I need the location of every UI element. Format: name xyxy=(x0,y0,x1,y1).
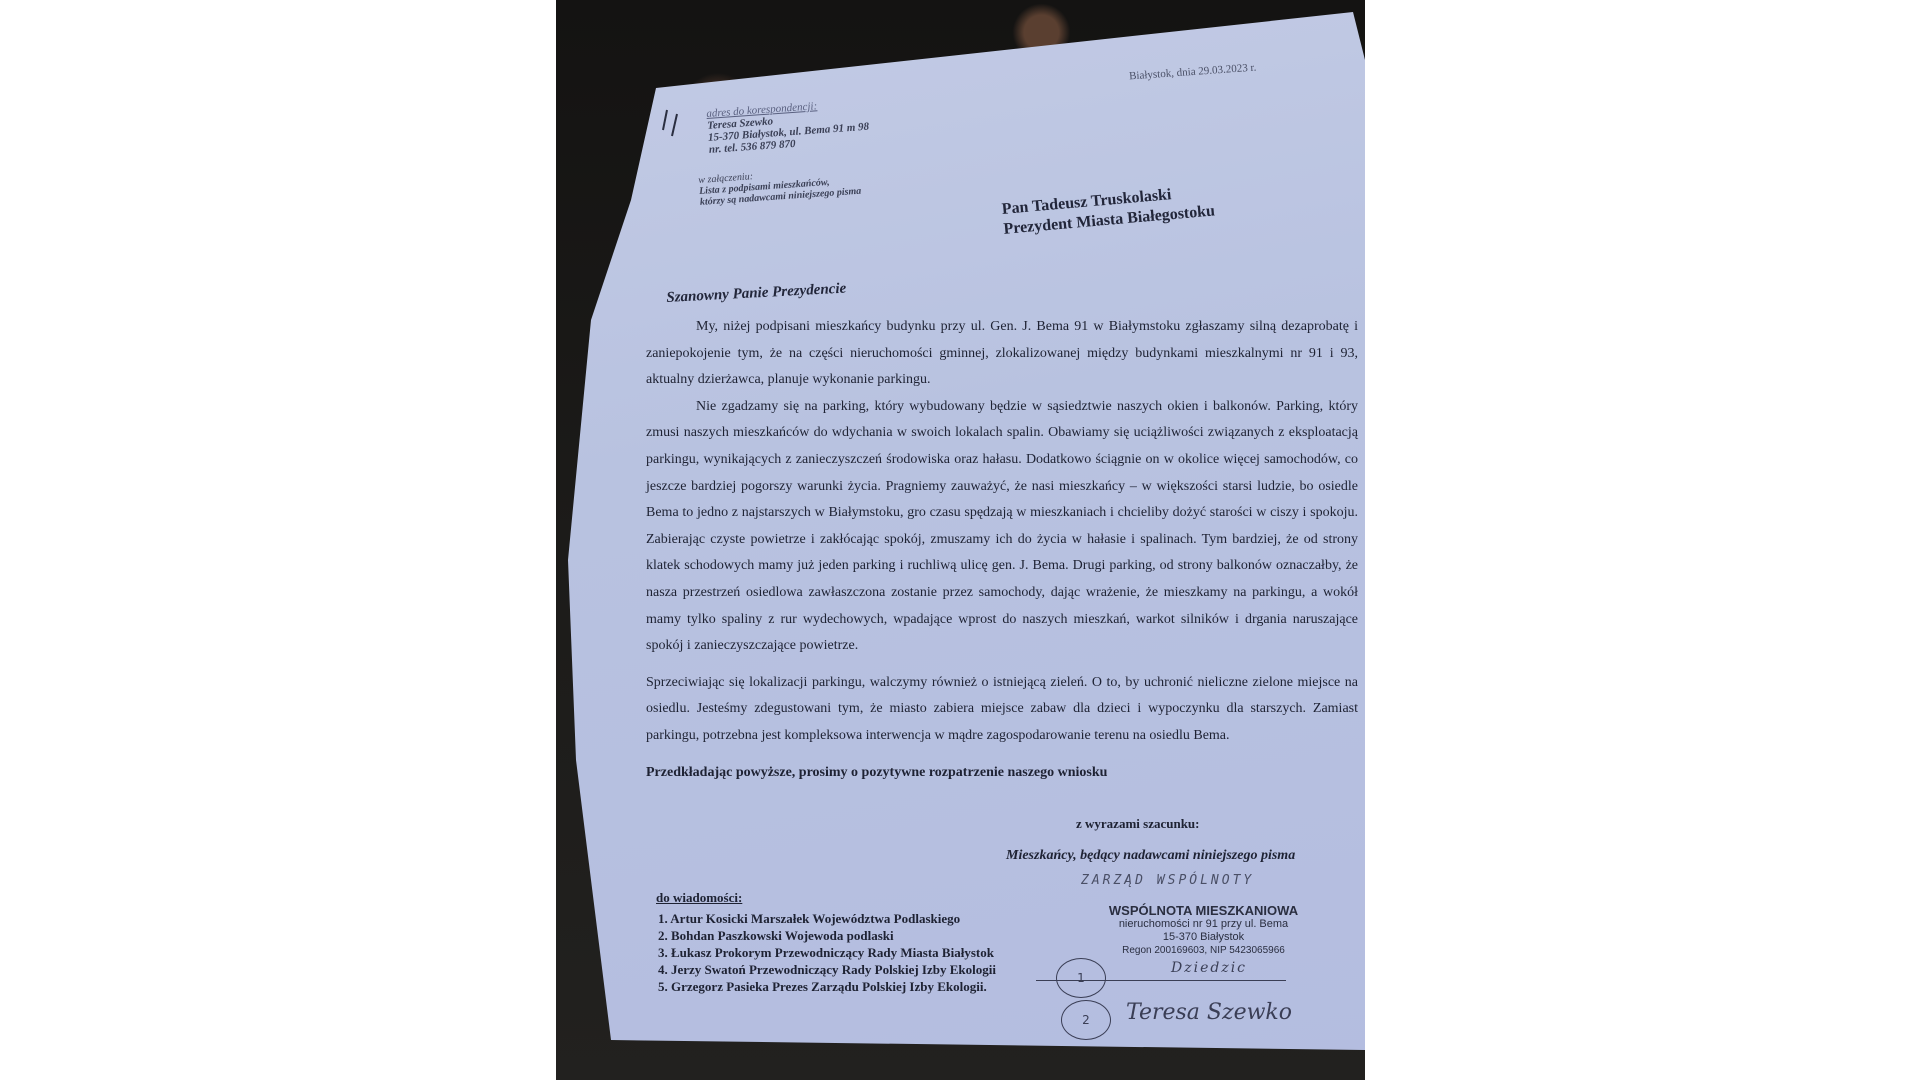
paragraph-1: My, niżej podpisani mieszkańcy budynku p… xyxy=(646,314,1358,394)
sender-address-block: adres do korespondencji: Teresa Szewko 1… xyxy=(706,97,870,156)
signature-number-circle: 2 xyxy=(1061,1000,1111,1040)
cc-item: 5. Grzegorz Pasieka Prezes Zarządu Polsk… xyxy=(658,978,996,995)
letter-body: My, niżej podpisani mieszkańcy budynku p… xyxy=(646,314,1358,786)
closing-line: z wyrazami szacunku: xyxy=(1076,816,1200,832)
paragraph-2: Nie zgadzamy się na parking, który wybud… xyxy=(646,394,1358,660)
letter-photo: Białystok, dnia 29.03.2023 r. adres do k… xyxy=(556,0,1365,1080)
handwritten-note: ZARZĄD WSPÓLNOTY xyxy=(1081,873,1254,888)
stamp-line-1: WSPÓLNOTA MIESZKANIOWA xyxy=(1096,903,1311,918)
cc-item: 1. Artur Kosicki Marszałek Województwa P… xyxy=(658,910,996,927)
letter-content: Białystok, dnia 29.03.2023 r. adres do k… xyxy=(556,0,1365,1080)
stamp-line-2: nieruchomości nr 91 przy ul. Bema xyxy=(1096,918,1311,931)
signers-line: Mieszkańcy, będący nadawcami niniejszego… xyxy=(1006,848,1295,864)
recipient-block: Pan Tadeusz Truskolaski Prezydent Miasta… xyxy=(1001,182,1216,240)
signature-number-circle: 1 xyxy=(1056,958,1106,998)
cc-item: 4. Jerzy Swatoń Przewodniczący Rady Pols… xyxy=(658,961,996,978)
signature-2: Teresa Szewko xyxy=(1126,1000,1292,1025)
stamp-line-4: Regon 200169603, NIP 5423065966 xyxy=(1096,944,1311,957)
cc-item: 3. Łukasz Prokorym Przewodniczący Rady M… xyxy=(658,944,996,961)
cc-title: do wiadomości: xyxy=(656,890,742,906)
staple-mark-icon xyxy=(661,108,683,138)
paragraph-3: Sprzeciwiając się lokalizacji parkingu, … xyxy=(646,670,1358,750)
cc-list: 1. Artur Kosicki Marszałek Województwa P… xyxy=(658,910,996,995)
paragraph-request: Przedkładając powyższe, prosimy o pozyty… xyxy=(646,760,1358,787)
letter-date: Białystok, dnia 29.03.2023 r. xyxy=(1129,62,1257,83)
attachment-block: w załączeniu: Lista z podpisami mieszkań… xyxy=(698,164,862,208)
association-stamp: WSPÓLNOTA MIESZKANIOWA nieruchomości nr … xyxy=(1096,903,1311,957)
stamp-line-3: 15-370 Białystok xyxy=(1096,931,1311,944)
signature-1: Dziedzic xyxy=(1171,960,1247,976)
cc-item: 2. Bohdan Paszkowski Wojewoda podlaski xyxy=(658,927,996,944)
greeting: Szanowny Panie Prezydencie xyxy=(666,281,847,307)
